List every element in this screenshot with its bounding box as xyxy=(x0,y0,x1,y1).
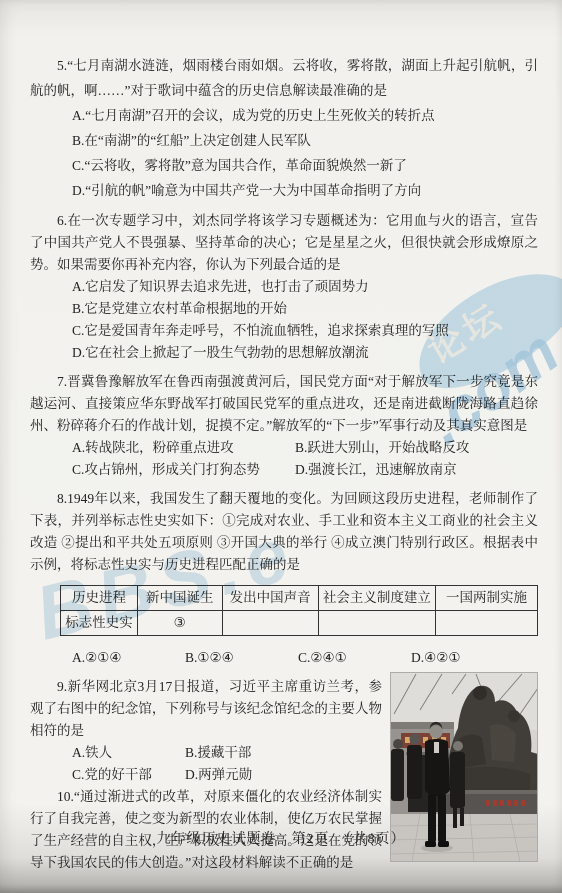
table-cell xyxy=(436,611,538,636)
question-6: 6.在一次专题学习中，刘杰同学将该学习专题概述为：它用血与火的语言，宣告了中国共… xyxy=(30,210,538,364)
question-7-option-d: D.强渡长江，迅速解放南京 xyxy=(295,459,457,481)
table-header-row: 历史进程 新中国诞生 发出中国声音 社会主义制度建立 一国两制实施 xyxy=(61,586,538,611)
history-match-table: 历史进程 新中国诞生 发出中国声音 社会主义制度建立 一国两制实施 标志性史实 … xyxy=(60,585,538,636)
question-9-option-row: A.铁人 B.援藏干部 xyxy=(30,742,382,764)
question-8-option-a: A.②①④ xyxy=(72,647,185,669)
table-cell: ③ xyxy=(137,611,222,636)
question-6-option-c: C.它是爱国青年奔走呼号，不怕流血牺牲，追求探索真理的写照 xyxy=(30,320,538,342)
table-header-cell: 发出中国声音 xyxy=(222,586,318,611)
question-8: 8.1949年以来，我国发生了翻天覆地的变化。为回顾这段历史进程，老师制作了下表… xyxy=(30,488,538,669)
question-6-option-a: A.它启发了知识界去追求先进，也打击了顽固势力 xyxy=(30,276,538,298)
question-7-option-c: C.攻占锦州，形成关门打狗态势 xyxy=(72,459,295,481)
question-6-option-d: D.它在社会上掀起了一股生气勃勃的思想解放潮流 xyxy=(30,342,538,364)
table-cell xyxy=(222,611,318,636)
question-6-stem: 6.在一次专题学习中，刘杰同学将该学习专题概述为：它用血与火的语言，宣告了中国共… xyxy=(30,210,538,276)
exam-content: 5.“七月南湖水涟涟，烟雨楼台雨如烟。云将收，雾将散，湖面上升起引航帆，引航的帆… xyxy=(30,53,538,874)
question-9-option-b: B.援藏干部 xyxy=(185,742,251,764)
question-8-option-row: A.②①④ B.①②④ C.②④① D.④②① xyxy=(30,647,538,669)
question-8-option-b: B.①②④ xyxy=(185,647,298,669)
question-7: 7.晋冀鲁豫解放军在鲁西南强渡黄河后，国民党方面“对于解放军下一步究竟是东越运河… xyxy=(30,371,538,481)
question-5-option-d: D.“引航的帆”喻意为中国共产党一大为中国革命指明了方向 xyxy=(30,178,538,203)
question-5-option-b: B.在“南湖”的“红船”上决定创建人民军队 xyxy=(30,128,538,153)
question-7-option-b: B.跃进大别山，开始战略反攻 xyxy=(295,437,469,459)
question-9-option-row: C.党的好干部 D.两弹元勋 xyxy=(30,764,382,786)
exam-page: BBS.e 论坛 .com 5.“七月南湖水涟涟，烟雨楼台雨如烟。云将收，雾将散… xyxy=(0,0,562,893)
question-9-option-d: D.两弹元勋 xyxy=(185,764,252,786)
table-header-cell: 一国两制实施 xyxy=(436,586,538,611)
question-8-stem: 8.1949年以来，我国发生了翻天覆地的变化。为回顾这段历史进程，老师制作了下表… xyxy=(30,488,538,576)
question-9-option-c: C.党的好干部 xyxy=(72,764,185,786)
table-header-cell: 社会主义制度建立 xyxy=(318,586,435,611)
question-5-stem: 5.“七月南湖水涟涟，烟雨楼台雨如烟。云将收，雾将散，湖面上升起引航帆，引航的帆… xyxy=(30,53,538,103)
question-8-option-d: D.④②① xyxy=(411,647,524,669)
question-5-option-c: C.“云将收，雾将散”意为国共合作，革命面貌焕然一新了 xyxy=(30,153,538,178)
table-header-cell: 新中国诞生 xyxy=(137,586,222,611)
question-9-option-a: A.铁人 xyxy=(72,742,185,764)
table-cell xyxy=(318,611,435,636)
page-footer: 九年级历史试题卷 第2页 （共8页） xyxy=(0,828,562,848)
question-7-stem: 7.晋冀鲁豫解放军在鲁西南强渡黄河后，国民党方面“对于解放军下一步究竟是东越运河… xyxy=(30,371,538,437)
table-header-cell: 历史进程 xyxy=(61,586,138,611)
question-7-option-a: A.转战陕北，粉碎重点进攻 xyxy=(72,437,295,459)
table-cell: 标志性史实 xyxy=(61,611,138,636)
question-6-option-b: B.它是党建立农村革命根据地的开始 xyxy=(30,298,538,320)
question-7-option-row: A.转战陕北，粉碎重点进攻 B.跃进大别山，开始战略反攻 xyxy=(30,437,538,459)
question-8-option-c: C.②④① xyxy=(298,647,411,669)
question-7-option-row: C.攻占锦州，形成关门打狗态势 D.强渡长江，迅速解放南京 xyxy=(30,459,538,481)
question-5: 5.“七月南湖水涟涟，烟雨楼台雨如烟。云将收，雾将散，湖面上升起引航帆，引航的帆… xyxy=(30,53,538,203)
table-row: 标志性史实 ③ xyxy=(61,611,538,636)
question-5-option-a: A.“七月南湖”召开的会议，成为党的历史上生死攸关的转折点 xyxy=(30,103,538,128)
